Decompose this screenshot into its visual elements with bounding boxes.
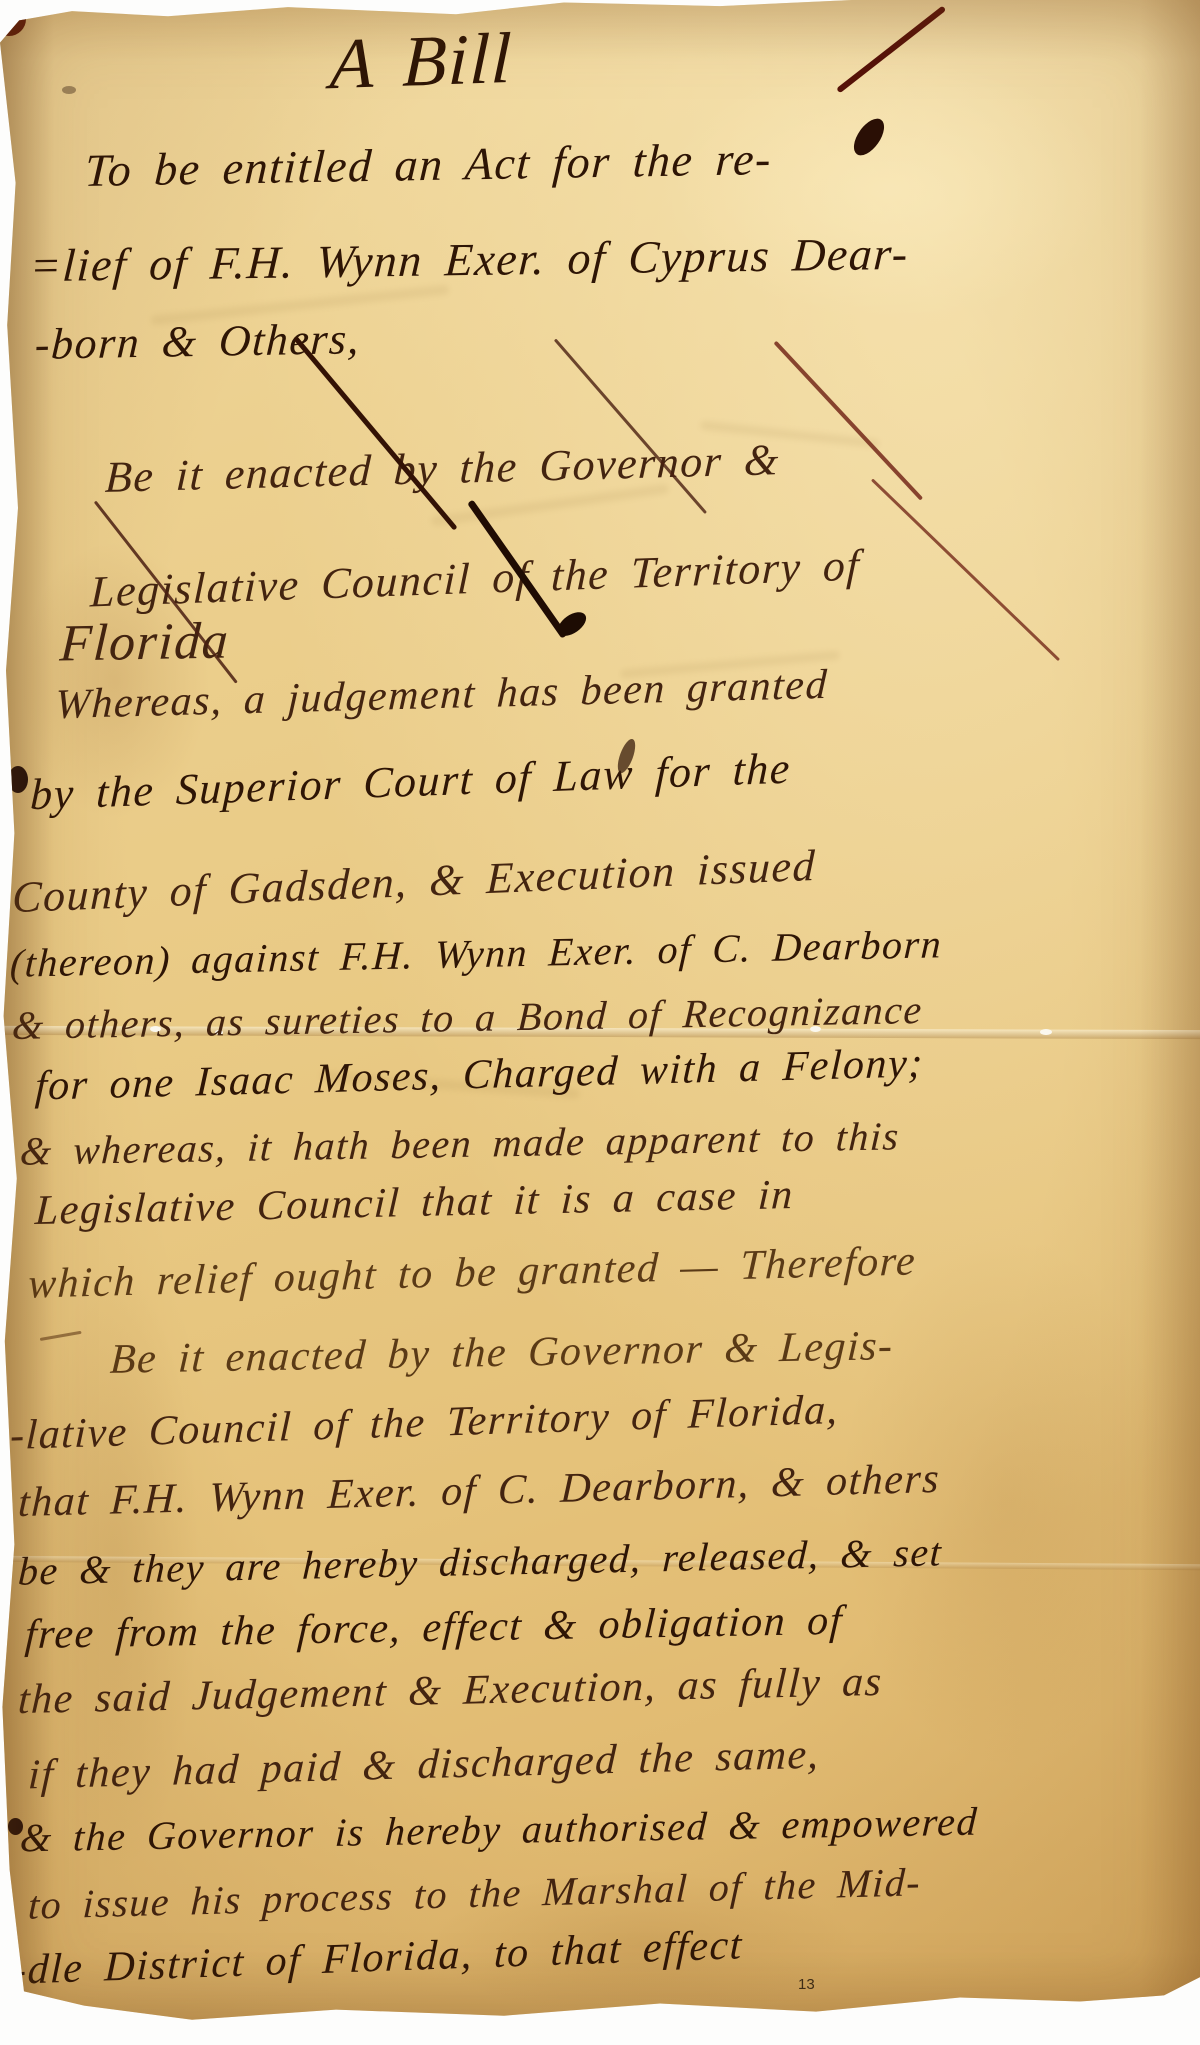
margin-scribble <box>40 1331 82 1341</box>
cancellation-stroke <box>774 341 924 501</box>
scanned-document-page: A Bill To be entitled an Act for the re-… <box>0 0 1200 2045</box>
manuscript-line: =lief of F.H. Wynn Exer. of Cyprus Dear- <box>29 229 911 292</box>
manuscript-line: & whereas, it hath been made apparent to… <box>19 1114 901 1173</box>
pencil-mark <box>62 86 76 94</box>
manuscript-line: (thereon) against F.H. Wynn Exer. of C. … <box>9 922 943 986</box>
crease-nick <box>1040 1029 1052 1035</box>
manuscript-line: be & they are hereby discharged, release… <box>17 1530 943 1593</box>
manuscript-line: that F.H. Wynn Exer. of C. Dearborn, & o… <box>17 1456 941 1526</box>
manuscript-line: County of Gadsden, & Execution issued <box>12 842 817 923</box>
manuscript-line: Whereas, a judgement has been granted <box>54 662 829 728</box>
manuscript-line: for one Isaac Moses, Charged with a Felo… <box>34 1040 925 1110</box>
manuscript-line: -lative Council of the Territory of Flor… <box>9 1387 839 1459</box>
manuscript-paper: A Bill To be entitled an Act for the re-… <box>0 0 1200 2032</box>
manuscript-line: which relief ought to be granted — There… <box>27 1238 917 1308</box>
manuscript-line: if they had paid & discharged the same, <box>27 1732 821 1799</box>
ink-blot <box>848 113 890 160</box>
manuscript-line: Be it enacted by the Governor & Legis- <box>109 1323 895 1383</box>
manuscript-line: Legislative Council that it is a case in <box>34 1172 795 1234</box>
manuscript-line: To be entitled an Act for the re- <box>84 134 774 197</box>
manuscript-line: -dle District of Florida, to that effect <box>11 1922 743 1994</box>
ink-mark <box>836 6 946 94</box>
document-title: A Bill <box>329 19 514 105</box>
ink-blot <box>8 1818 23 1835</box>
manuscript-line: the said Judgement & Execution, as fully… <box>17 1659 884 1723</box>
cancellation-stroke <box>293 336 458 531</box>
manuscript-line: & the Governor is hereby authorised & em… <box>19 1800 979 1861</box>
manuscript-line: by the Superior Court of Law for the <box>29 745 791 820</box>
page-number: 13 <box>798 1976 815 1993</box>
cancellation-stroke <box>871 478 1060 661</box>
ink-blot <box>8 766 28 793</box>
manuscript-line-struck: Legislative Council of the Territory of <box>89 542 861 617</box>
manuscript-line: to issue his process to the Marshal of t… <box>27 1860 922 1927</box>
corner-stain <box>0 0 33 43</box>
manuscript-line: & others, as sureties to a Bond of Recog… <box>11 988 924 1048</box>
manuscript-line-struck: Be it enacted by the Governor & <box>104 436 781 502</box>
manuscript-line: free from the force, effect & obligation… <box>24 1598 844 1659</box>
